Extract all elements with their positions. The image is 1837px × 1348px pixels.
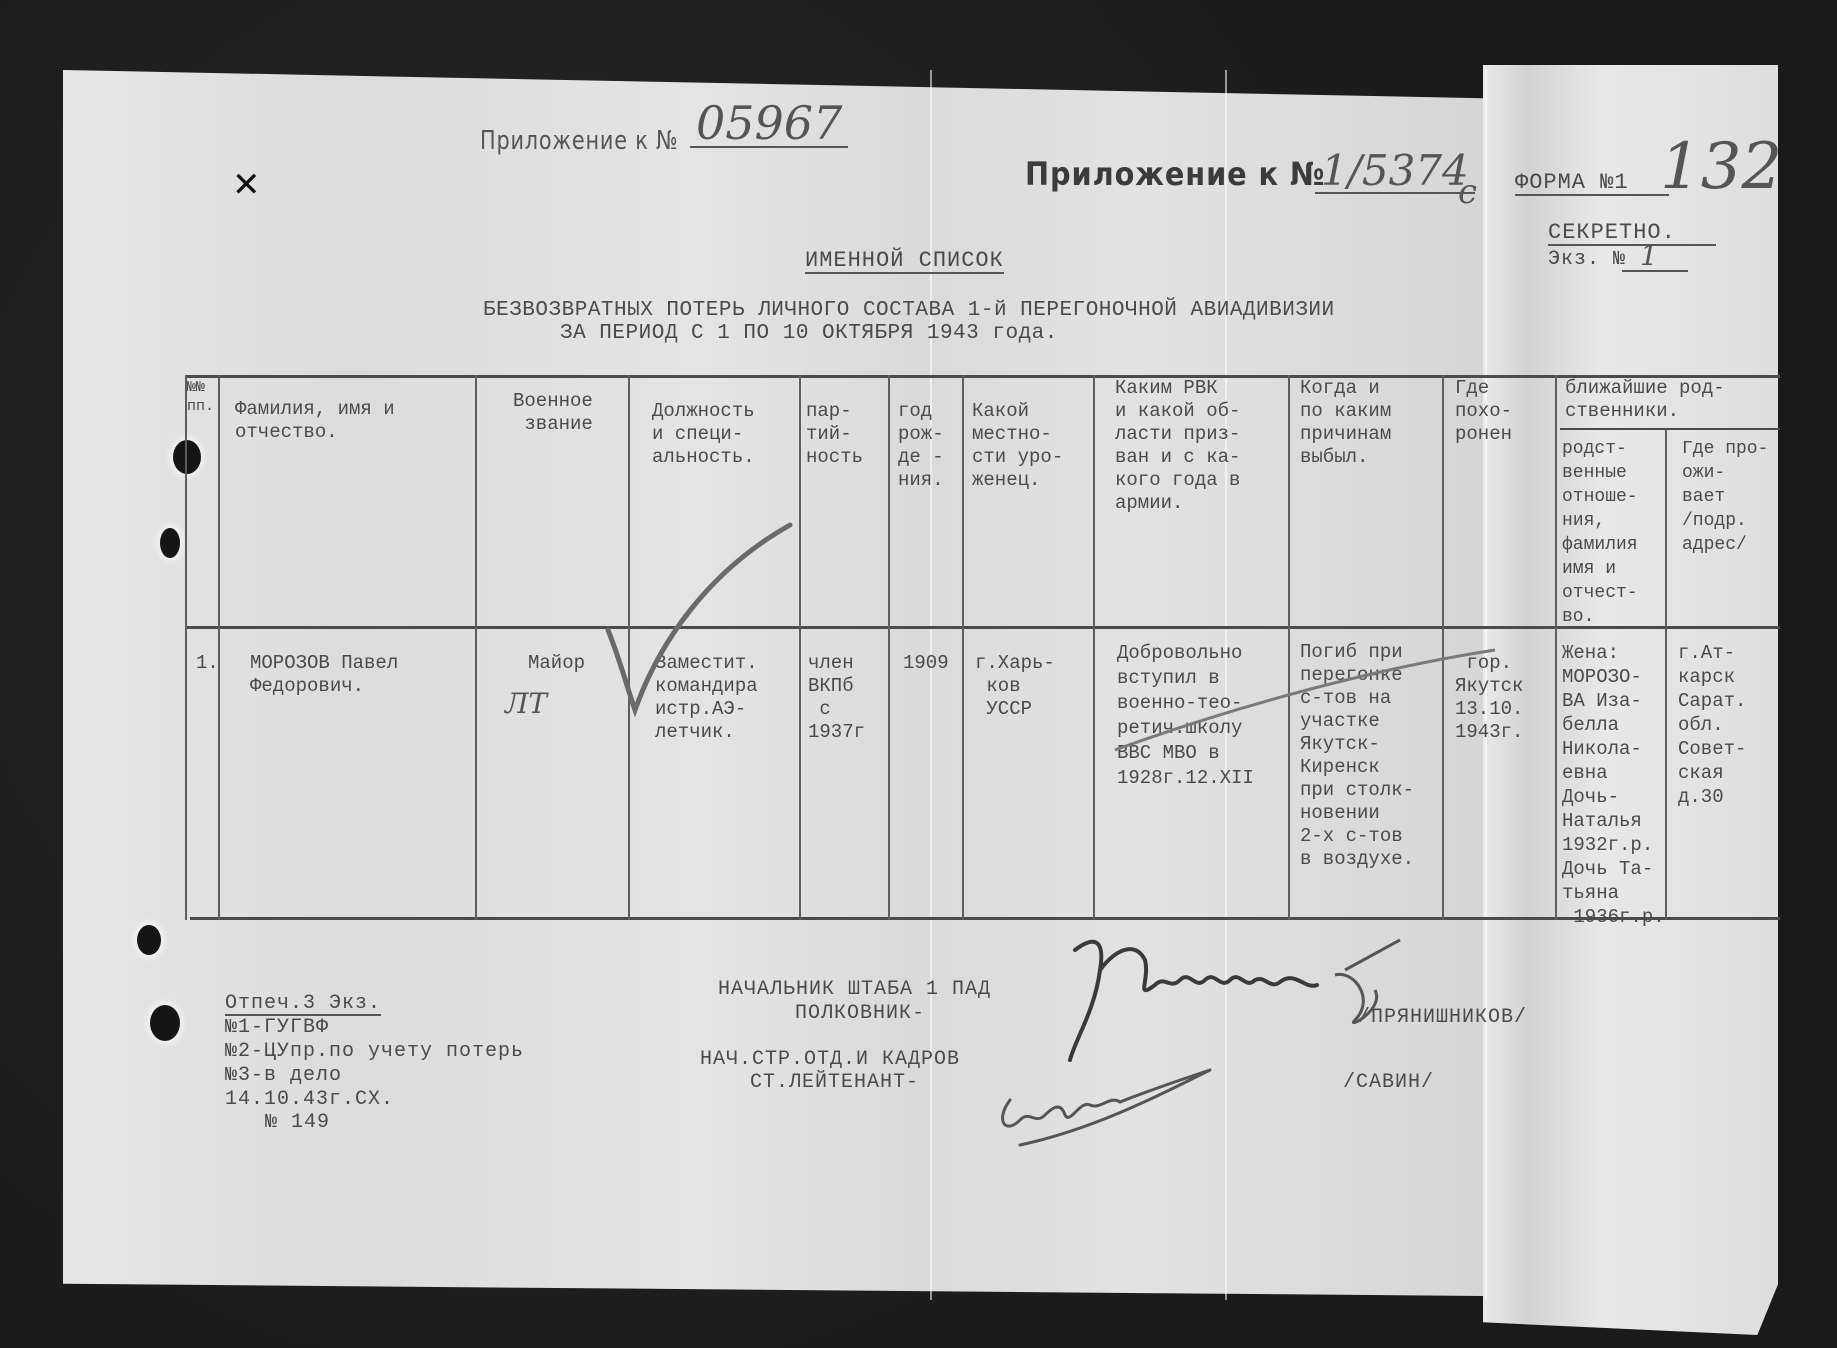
column-border: [185, 375, 187, 920]
column-border: [475, 375, 477, 920]
copy-2: №2-ЦУпр.по учету потерь: [225, 1042, 524, 1062]
checkmark-icon: [600, 520, 800, 720]
row-num: 1.: [196, 652, 219, 675]
staple-tear-mark: ✕: [232, 165, 261, 205]
header-conscription: Каким РВК и какой об- ласти приз- ван и …: [1115, 377, 1240, 515]
header-num: №№ пп.: [187, 378, 214, 416]
signer2-title-line2: СТ.ЛЕЙТЕНАНТ-: [750, 1073, 919, 1093]
header-party: пар- тий- ность: [806, 400, 863, 469]
row-rank-handwritten-note: ЛТ: [505, 690, 547, 718]
copies-title: Отпеч.3 Экз.: [225, 994, 381, 1016]
header-relatives-address: Где про- ожи- вает /подр. адрес/: [1682, 437, 1768, 557]
document-subtitle-line1: БЕЗВОЗВРАТНЫХ ПОТЕРЬ ЛИЧНОГО СОСТАВА 1-й…: [483, 300, 1335, 321]
signature-2: [990, 1040, 1230, 1150]
column-border: [888, 375, 890, 920]
header-relatives: ближайшие род- ственники.: [1565, 377, 1725, 423]
stamp-appendix-main-number: 1/5374: [1315, 150, 1475, 194]
table-header-divider: [185, 626, 1780, 629]
column-border: [1665, 430, 1667, 920]
header-buried: Где похо- ронен: [1455, 377, 1512, 446]
punch-hole: [150, 1005, 180, 1041]
signer2-name: /САВИН/: [1343, 1073, 1434, 1093]
copy-number: 1: [1622, 242, 1688, 272]
stamp-appendix-main-suffix: с: [1458, 175, 1477, 209]
header-birth-year: год рож- де - ния.: [898, 400, 944, 492]
relatives-subheader-divider: [1560, 428, 1780, 430]
stamp-appendix-left-label: Приложение к №: [480, 128, 678, 154]
header-birthplace: Какой местно- сти уро- женец.: [972, 400, 1063, 492]
row-rank: Майор: [528, 652, 585, 675]
header-when-why: Когда и по каким причинам выбыл.: [1300, 377, 1391, 469]
signer1-title-line1: НАЧАЛЬНИК ШТАБА 1 ПАД: [718, 980, 991, 1000]
copy-3: №3-в дело: [225, 1066, 342, 1086]
handwritten-strike-line: [1105, 640, 1505, 760]
column-border: [1555, 375, 1557, 920]
copy-1: №1-ГУГВФ: [225, 1018, 329, 1038]
signer2-title-line1: НАЧ.СТР.ОТД.И КАДРОВ: [700, 1050, 960, 1070]
row-party: член ВКПб с 1937г: [808, 652, 865, 744]
header-rank: Военное звание: [513, 390, 593, 436]
header-relatives-relation: родст- венные отноше- ния, фамилия имя и…: [1562, 437, 1638, 629]
stamp-appendix-left-number: 05967: [690, 100, 848, 148]
footer-date: 14.10.43г.СХ.: [225, 1090, 394, 1110]
column-border: [1093, 375, 1095, 920]
table-bottom-border: [190, 917, 1780, 920]
copy-label: Экз. №: [1548, 250, 1626, 270]
stamp-appendix-main-label: Приложение к №: [1025, 158, 1325, 190]
table-top-border: [185, 375, 1780, 378]
document-title: ИМЕННОЙ СПИСОК: [805, 250, 1004, 274]
punch-hole: [137, 925, 161, 955]
signer1-title-line2: ПОЛКОВНИК-: [795, 1004, 925, 1024]
row-relatives-address: г.Ат- карск Сарат. обл. Совет- ская д.30: [1678, 641, 1746, 809]
form-number: ФОРМА №1: [1515, 172, 1669, 196]
row-relatives-relation: Жена: МОРОЗО- ВА Иза- белла Никола- евна…: [1562, 641, 1665, 929]
header-position: Должность и специ- альность.: [652, 400, 755, 469]
footer-reg-number: № 149: [265, 1113, 330, 1133]
punch-hole: [160, 528, 180, 558]
row-birth-year: 1909: [903, 652, 949, 675]
document-subtitle-line2: ЗА ПЕРИОД С 1 ПО 10 ОКТЯБРЯ 1943 года.: [560, 323, 1058, 344]
header-name: Фамилия, имя и отчество.: [235, 398, 395, 444]
column-border: [218, 375, 220, 920]
row-name: МОРОЗОВ Павел Федорович.: [250, 652, 398, 698]
row-birthplace: г.Харь- ков УССР: [975, 652, 1055, 721]
column-border: [962, 375, 964, 920]
page-number-handwritten: 132: [1660, 135, 1782, 199]
punch-hole: [173, 440, 201, 474]
